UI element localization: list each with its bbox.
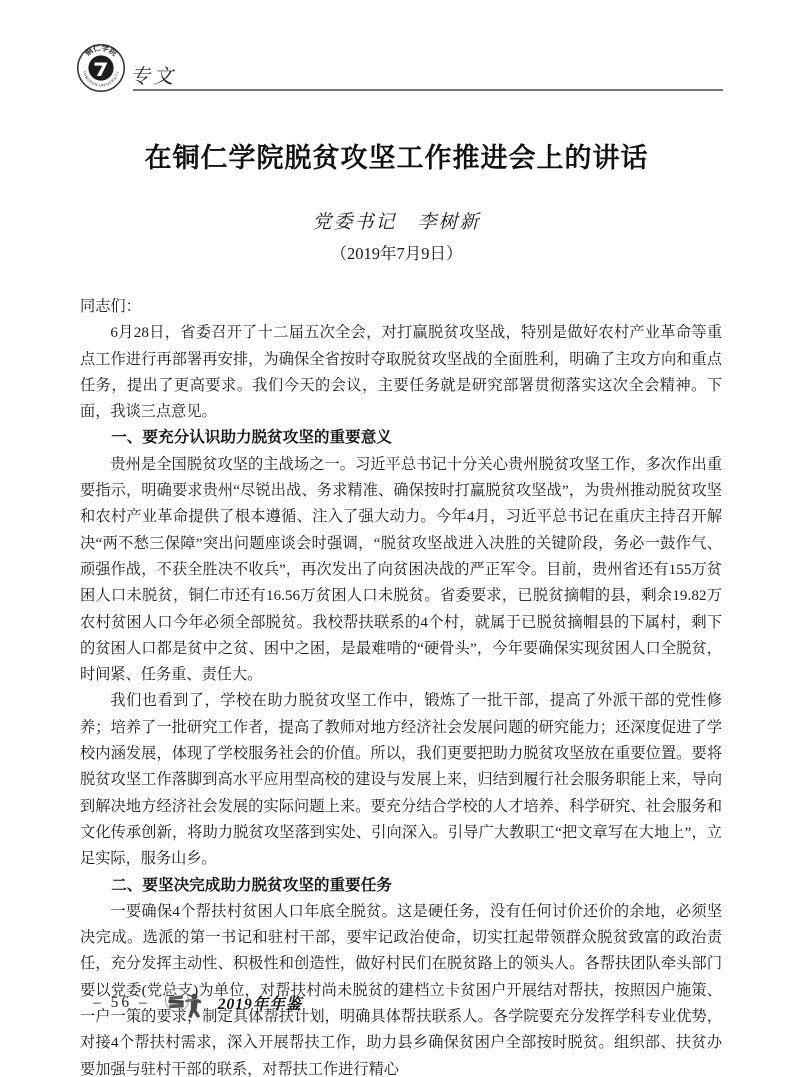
byline: 党委书记 李树新 — [0, 207, 793, 234]
document-page: 铜仁学院 TONGREN UNIVERSITY 专文 在铜仁学院脱贫攻坚工作推进… — [0, 0, 793, 1077]
date-line: （2019年7月9日） — [0, 240, 793, 264]
page-footer: – 56 – 2019年年鉴 — [93, 986, 302, 1020]
university-seal-logo: 铜仁学院 TONGREN UNIVERSITY — [76, 43, 126, 93]
article-title: 在铜仁学院脱贫攻坚工作推进会上的讲话 — [0, 136, 793, 175]
page-number: – 56 – — [93, 994, 150, 1012]
section-heading-1: 一、要充分认识助力脱贫攻坚的重要意义 — [80, 425, 722, 451]
paragraph-significance-1: 贵州是全国脱贫攻坚的主战场之一。习近平总书记十分关心贵州脱贫攻坚工作，多次作出重… — [80, 452, 722, 689]
seal-center-disc — [88, 55, 113, 80]
yearbook-mascot-icon — [161, 987, 207, 1019]
article-body: 同志们： 6月28日，省委召开了十二届五次全会，对打赢脱贫攻坚战，特别是做好农村… — [80, 294, 722, 1077]
section-label: 专文 — [130, 60, 176, 89]
paragraph-significance-2: 我们也看到了，学校在助力脱贫攻坚工作中，锻炼了一批干部，提高了外派干部的党性修养… — [80, 688, 722, 872]
salutation: 同志们： — [80, 294, 722, 320]
yearbook-label: 2019年年鉴 — [218, 992, 303, 1014]
paragraph-intro: 6月28日，省委召开了十二届五次全会，对打赢脱贫攻坚战，特别是做好农村产业革命等… — [80, 320, 722, 425]
section-heading-2: 二、要坚决完成助力脱贫攻坚的重要任务 — [80, 873, 722, 899]
header-divider — [133, 89, 723, 91]
